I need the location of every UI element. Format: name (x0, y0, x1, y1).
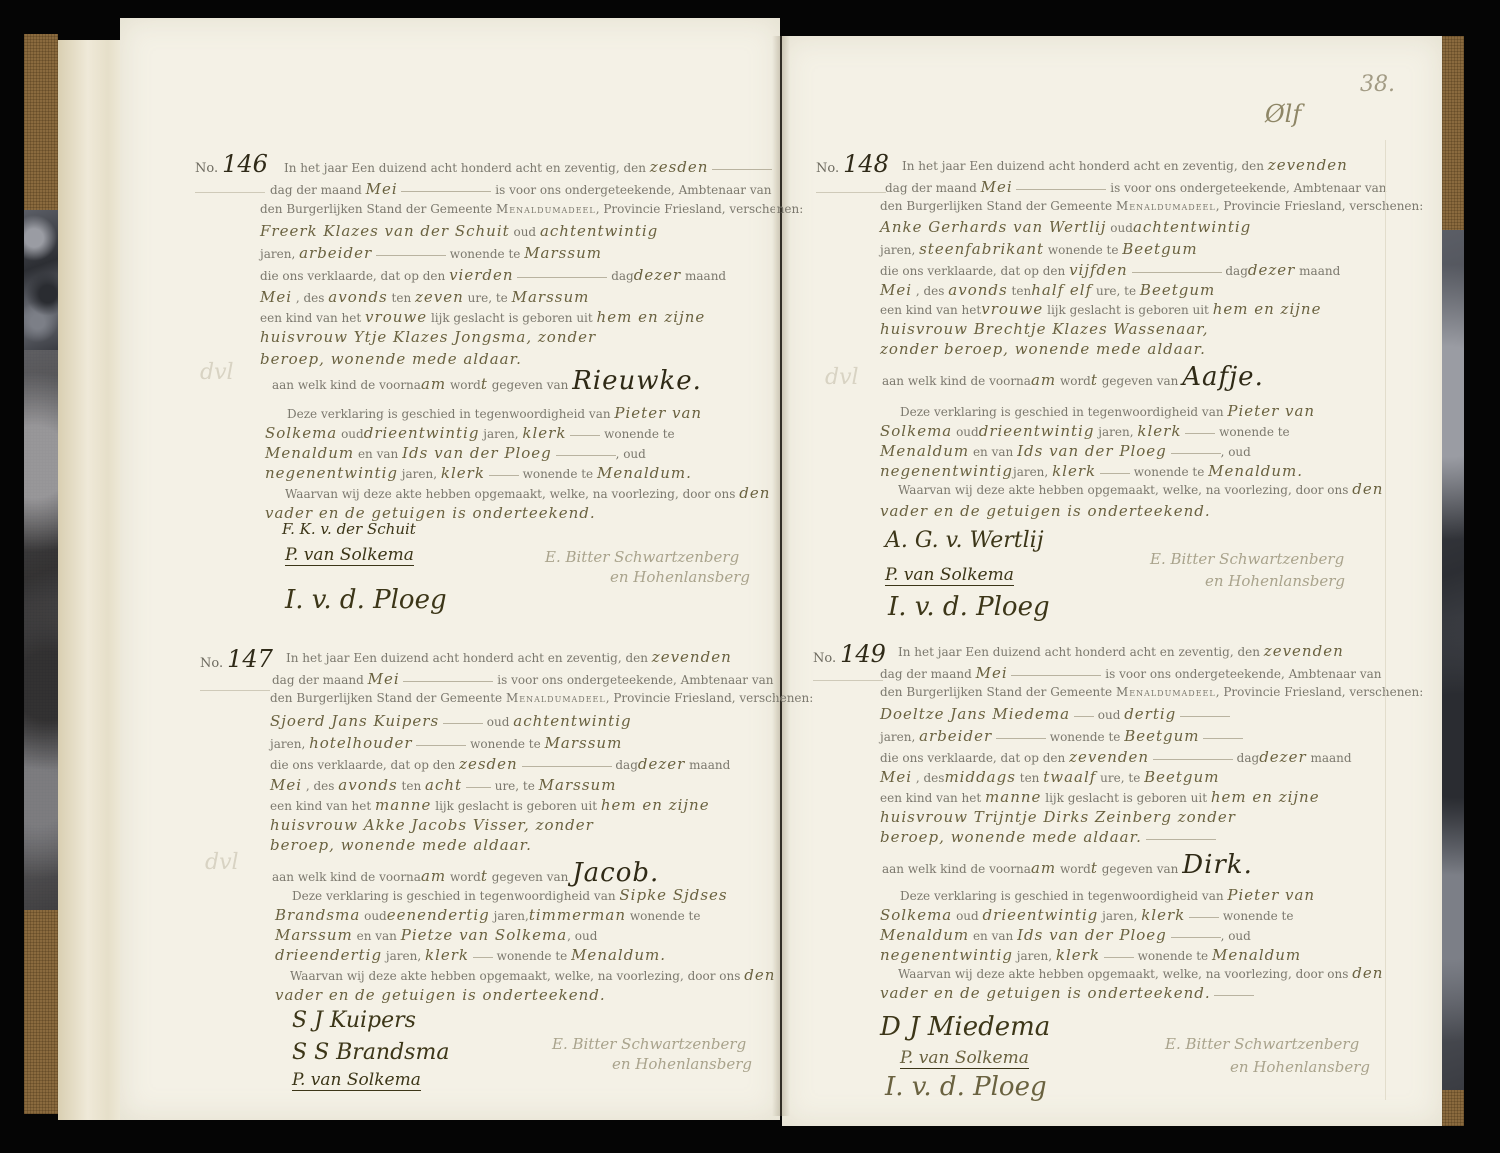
page-number: 38. (1360, 72, 1395, 97)
no-value: 146 (222, 150, 268, 178)
signature-declarant: S J Kuipers (292, 1008, 416, 1033)
page-annotation: Ølf (1265, 100, 1301, 128)
line-gemeente: den Burgerlijken Stand der Gemeente Mena… (880, 199, 1423, 213)
line-witness2: Menaldum en van Ids van der Ploeg , oud (265, 444, 646, 462)
line-witness2-details: negenentwintig jaren, klerk wonende te M… (265, 464, 692, 482)
child-name: Rieuwke. (572, 366, 702, 396)
line-waarvan: Waarvan wij deze akte hebben opgemaakt, … (285, 484, 770, 502)
line-witness1: Brandsma oudeenendertig jaren,timmerman … (275, 906, 700, 924)
signature-declarant: D J Miedema (880, 1012, 1050, 1042)
hw-declarant: Freerk Klazes van der Schuit (260, 222, 510, 240)
line-year: In het jaar Een duizend acht honderd ach… (284, 158, 772, 176)
hw-day: zesden (650, 158, 709, 176)
line-mother: huisvrouw Ytje Klazes Jongsma, zonder (260, 328, 596, 346)
signature-registrar-line2: en Hohenlansberg (610, 568, 750, 586)
signature-witness1: P. van Solkema (900, 1048, 1029, 1069)
line-mother: huisvrouw Brechtje Klazes Wassenaar, (880, 320, 1209, 338)
line-sex: een kind van het vrouwe lijk geslacht is… (260, 308, 705, 326)
line-occupation: jaren, arbeider wonende te Beetgum (880, 727, 1243, 745)
child-name: Aafje. (1182, 362, 1264, 392)
line-mother-cont: zonder beroep, wonende mede aldaar. (880, 340, 1206, 358)
line-waarvan: Waarvan wij deze akte hebben opgemaakt, … (290, 966, 775, 984)
no-label: No. (195, 161, 218, 176)
form-border-right-page (1385, 140, 1386, 1100)
signature-registrar: E. Bitter Schwartzenberg (552, 1035, 746, 1053)
line-witness1: Solkema ouddrieentwintig jaren, klerk wo… (880, 422, 1290, 440)
divider (200, 690, 270, 691)
margin-note: dvl (825, 365, 859, 390)
signature-witness1: P. van Solkema (885, 565, 1014, 586)
line-child-name: aan welk kind de voornaam wordt gegeven … (272, 346, 702, 376)
line-gemeente: den Burgerlijken Stand der Gemeente Mena… (260, 202, 803, 216)
line-waarvan: Waarvan wij deze akte hebben opgemaakt, … (898, 964, 1383, 982)
signature-registrar: E. Bitter Schwartzenberg (545, 548, 739, 566)
child-name: Jacob. (572, 858, 659, 888)
entry-number: No.149 (813, 640, 886, 668)
entry-number: No.146 (195, 150, 268, 178)
signature-witness2: I. v. d. Ploeg (885, 1072, 1047, 1102)
line-witness2: Menaldum en van Ids van der Ploeg , oud (880, 926, 1251, 944)
line-signed: vader en de getuigen is onderteekend. (880, 984, 1254, 1002)
signature-declarant: F. K. v. der Schuit (282, 520, 416, 538)
line-mother: huisvrouw Trijntje Dirks Zeinberg zonder (880, 808, 1236, 826)
child-name: Dirk. (1182, 850, 1253, 880)
line-waarvan: Waarvan wij deze akte hebben opgemaakt, … (898, 480, 1383, 498)
line-occupation: jaren, hotelhouder wonende te Marssum (270, 734, 622, 752)
line-gemeente: den Burgerlijken Stand der Gemeente Mena… (880, 685, 1423, 699)
marble-corner-left-top (24, 210, 58, 350)
signature-registrar: E. Bitter Schwartzenberg (1165, 1035, 1359, 1053)
line-child-name: aan welk kind de voornaam wordt gegeven … (882, 850, 1253, 880)
marble-corner-right (1442, 230, 1464, 1090)
line-witness2: Marssum en van Pietze van Solkema, oud (275, 926, 597, 944)
line-witnesses: Deze verklaring is geschied in tegenwoor… (900, 402, 1315, 420)
line-declarant: Doeltze Jans Miedema oud dertig (880, 705, 1230, 723)
line-month: dag der maand Mei is voor ons ondergetee… (880, 664, 1382, 682)
line-sex: een kind van het manne lijk geslacht is … (880, 788, 1320, 806)
line-time: Mei , desmiddags ten twaalf ure, te Beet… (880, 768, 1219, 786)
signature-witness2: I. v. d. Ploeg (888, 592, 1050, 622)
line-time: Mei , des avonds tenhalf elf ure, te Bee… (880, 281, 1215, 299)
signature-registrar-line2: en Hohenlansberg (612, 1055, 752, 1073)
line-mother-cont: beroep, wonende mede aldaar. (270, 836, 532, 854)
line-witness1: Solkema ouddrieentwintig jaren, klerk wo… (265, 424, 675, 442)
signature-registrar-line2: en Hohenlansberg (1205, 572, 1345, 590)
line-signed: vader en de getuigen is onderteekend. (275, 986, 606, 1004)
divider (813, 680, 883, 681)
line-sex: een kind van het manne lijk geslacht is … (270, 796, 710, 814)
line-signed: vader en de getuigen is onderteekend. (880, 502, 1211, 520)
signature-witness1: P. van Solkema (285, 545, 414, 566)
margin-note: dvl (205, 850, 239, 875)
line-occupation: jaren, arbeider wonende te Marssum (260, 244, 602, 262)
line-witnesses: Deze verklaring is geschied in tegenwoor… (900, 886, 1315, 904)
line-birth-day: die ons verklaarde, dat op den vierden d… (260, 266, 726, 284)
line-year: In het jaar Een duizend acht honderd ach… (902, 156, 1348, 174)
signature-witness2: I. v. d. Ploeg (285, 585, 447, 615)
line-birth-day: die ons verklaarde, dat op den zesden da… (270, 755, 730, 773)
signature-registrar: E. Bitter Schwartzenberg (1150, 550, 1344, 568)
line-declarant: Sjoerd Jans Kuipers oud achtentwintig (270, 712, 632, 730)
divider (195, 192, 265, 193)
signature-witness1: S S Brandsma (292, 1040, 449, 1065)
line-occupation: jaren, steenfabrikant wonende te Beetgum (880, 240, 1198, 258)
divider (816, 192, 886, 193)
line-time: Mei , des avonds ten zeven ure, te Marss… (260, 288, 589, 306)
line-year: In het jaar Een duizend acht honderd ach… (286, 648, 732, 666)
line-witnesses: Deze verklaring is geschied in tegenwoor… (287, 404, 702, 422)
line-witness1: Solkema oud drieentwintig jaren, klerk w… (880, 906, 1293, 924)
line-witness2: Menaldum en van Ids van der Ploeg , oud (880, 442, 1251, 460)
line-child-name: aan welk kind de voornaam wordt gegeven … (882, 362, 1264, 392)
line-witness2-details: negenentwintig jaren, klerk wonende te M… (880, 946, 1301, 964)
form-border-left-page (775, 140, 776, 1100)
line-mother: huisvrouw Akke Jacobs Visser, zonder (270, 816, 594, 834)
line-birth-day: die ons verklaarde, dat op den vijfden d… (880, 261, 1340, 279)
line-witness2-details: drieendertig jaren, klerk wonende te Men… (275, 946, 666, 964)
line-child-name: aan welk kind de voornaam wordt gegeven … (272, 858, 659, 888)
line-year: In het jaar Een duizend acht honderd ach… (898, 642, 1344, 660)
line-birth-day: die ons verklaarde, dat op den zevenden … (880, 748, 1352, 766)
entry-number: No.147 (200, 645, 273, 673)
signature-witness2: P. van Solkema (292, 1070, 421, 1091)
hw-month: Mei (366, 180, 398, 198)
line-month: dag der maand Mei is voor ons ondergetee… (272, 670, 774, 688)
line-declarant: Freerk Klazes van der Schuit oud achtent… (260, 222, 658, 240)
line-witnesses: Deze verklaring is geschied in tegenwoor… (292, 886, 728, 904)
line-declarant: Anke Gerhards van Wertlij oudachtentwint… (880, 218, 1251, 236)
line-sex: een kind van hetvrouwe lijk geslacht is … (880, 300, 1321, 318)
signature-registrar-line2: en Hohenlansberg (1230, 1058, 1370, 1076)
line-month: dag der maand Mei is voor ons ondergetee… (885, 178, 1387, 196)
margin-note: dvl (200, 360, 234, 385)
entry-number: No.148 (816, 150, 889, 178)
line-gemeente: den Burgerlijken Stand der Gemeente Mena… (270, 691, 813, 705)
line-month: dag der maand Mei is voor ons ondergetee… (270, 180, 772, 198)
signature-declarant: A. G. v. Wertlij (885, 528, 1044, 553)
line-mother-cont: beroep, wonende mede aldaar. (880, 828, 1216, 846)
line-witness2-details: negenentwintigjaren, klerk wonende te Me… (880, 462, 1303, 480)
line-time: Mei , des avonds ten acht ure, te Marssu… (270, 776, 616, 794)
marble-corner-left-mid (24, 350, 58, 910)
